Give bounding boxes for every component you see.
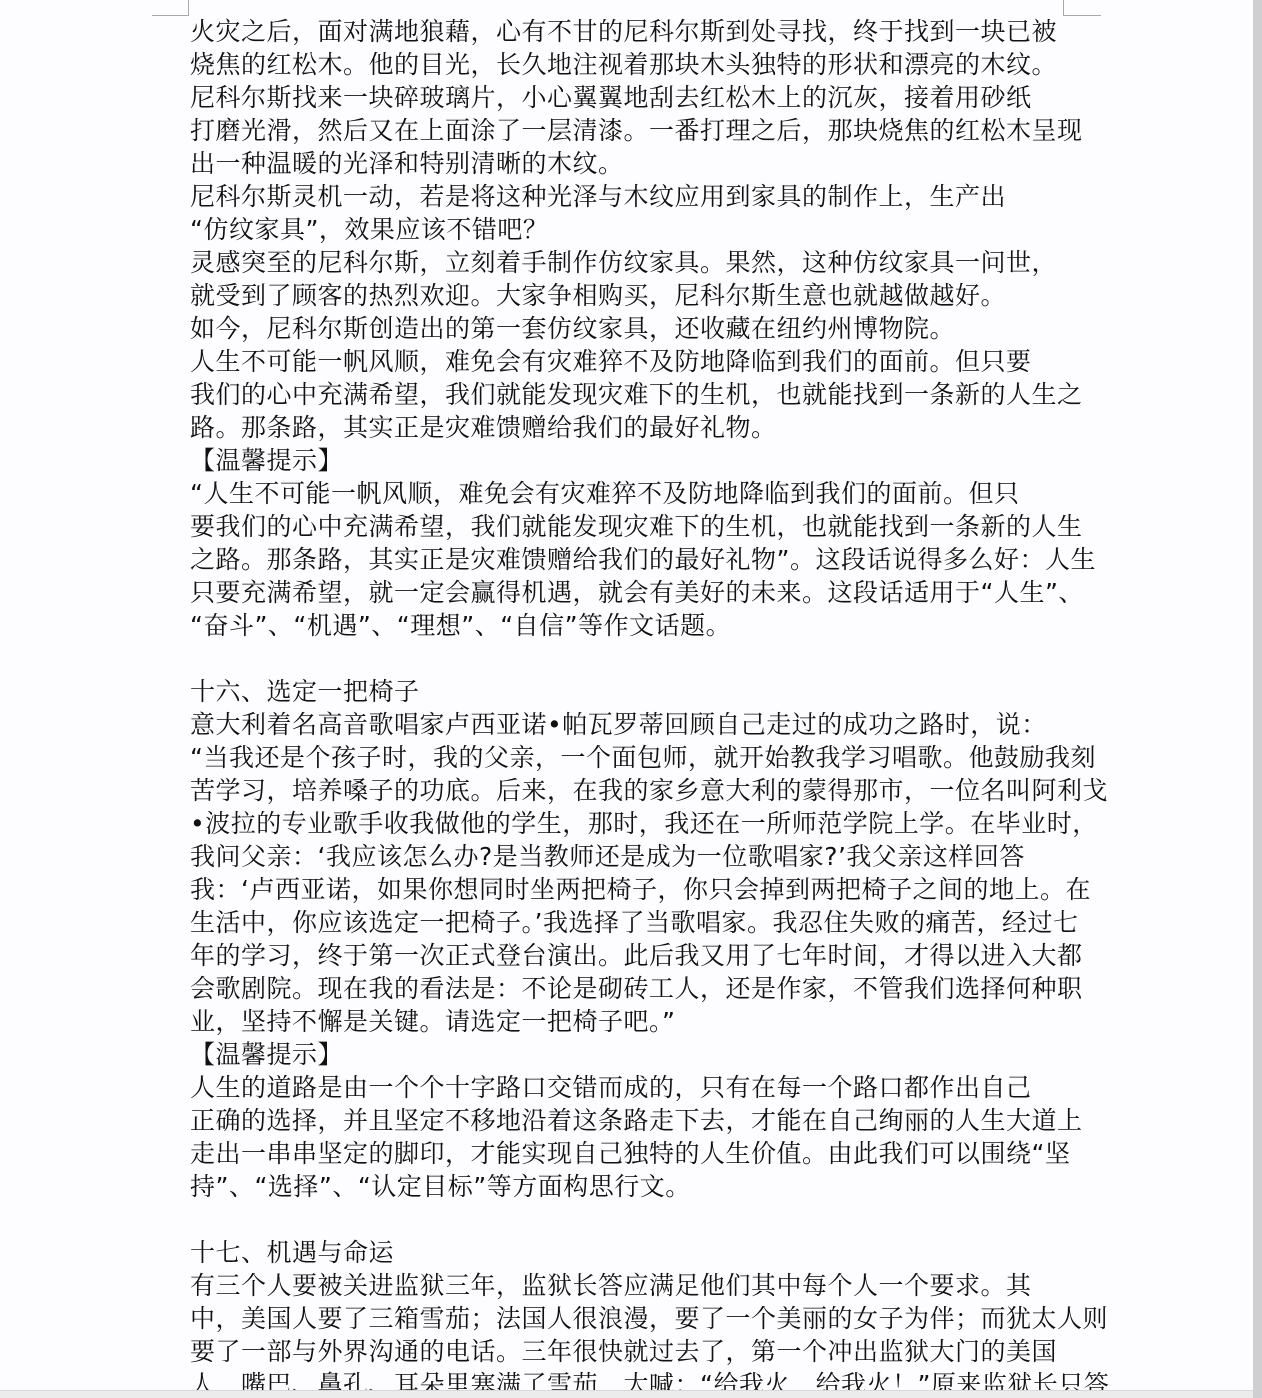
text-line: “人生不可能一帆风顺，难免会有灾难猝不及防地降临到我们的面前。但只: [190, 477, 1070, 510]
document-body: 火灾之后，面对满地狼藉，心有不甘的尼科尔斯到处寻找，终于找到一块已被烧焦的红松木…: [190, 15, 1070, 1398]
text-line: “奋斗”、“机遇”、“理想”、“自信”等作文话题。: [190, 609, 1070, 642]
text-line: 中，美国人要了三箱雪茄；法国人很浪漫，要了一个美丽的女子为伴；而犹太人则: [190, 1302, 1070, 1335]
bottom-status-strip: [0, 1390, 1253, 1398]
text-line: 只要充满希望，就一定会赢得机遇，就会有美好的未来。这段话适用于“人生”、: [190, 576, 1070, 609]
text-line: “仿纹家具”，效果应该不错吧？: [190, 213, 1070, 246]
text-line: 我：‘卢西亚诺，如果你想同时坐两把椅子，你只会掉到两把椅子之间的地上。在: [190, 873, 1070, 906]
text-line: 火灾之后，面对满地狼藉，心有不甘的尼科尔斯到处寻找，终于找到一块已被: [190, 15, 1070, 48]
text-line: 会歌剧院。现在我的看法是：不论是砌砖工人，还是作家，不管我们选择何种职: [190, 972, 1070, 1005]
text-line: 意大利着名高音歌唱家卢西亚诺•帕瓦罗蒂回顾自己走过的成功之路时，说：: [190, 708, 1070, 741]
crop-mark-top-left: [152, 0, 189, 16]
text-line: 正确的选择，并且坚定不移地沿着这条路走下去，才能在自己绚丽的人生大道上: [190, 1104, 1070, 1137]
text-line: 业，坚持不懈是关键。请选定一把椅子吧。”: [190, 1005, 1070, 1038]
tip-label: 【温馨提示】: [190, 1038, 1070, 1071]
text-line: 路。那条路，其实正是灾难馈赠给我们的最好礼物。: [190, 411, 1070, 444]
text-line: “当我还是个孩子时，我的父亲，一个面包师，就开始教我学习唱歌。他鼓励我刻: [190, 741, 1070, 774]
text-line: 年的学习，终于第一次正式登台演出。此后我又用了七年时间，才得以进入大都: [190, 939, 1070, 972]
text-line: 烧焦的红松木。他的目光，长久地注视着那块木头独特的形状和漂亮的木纹。: [190, 48, 1070, 81]
document-page: 火灾之后，面对满地狼藉，心有不甘的尼科尔斯到处寻找，终于找到一块已被烧焦的红松木…: [0, 0, 1253, 1390]
tip-label: 【温馨提示】: [190, 444, 1070, 477]
text-line: 生活中，你应该选定一把椅子。’我选择了当歌唱家。我忍住失败的痛苦，经过七: [190, 906, 1070, 939]
text-line: 走出一串串坚定的脚印，才能实现自己独特的人生价值。由此我们可以围绕“坚: [190, 1137, 1070, 1170]
text-line: 我问父亲：‘我应该怎么办?是当教师还是成为一位歌唱家?’我父亲这样回答: [190, 840, 1070, 873]
text-line: 有三个人要被关进监狱三年，监狱长答应满足他们其中每个人一个要求。其: [190, 1269, 1070, 1302]
text-line: 尼科尔斯灵机一动，若是将这种光泽与木纹应用到家具的制作上，生产出: [190, 180, 1070, 213]
text-line: 要我们的心中充满希望，我们就能发现灾难下的生机，也就能找到一条新的人生: [190, 510, 1070, 543]
text-line: 人生的道路是由一个个十字路口交错而成的，只有在每一个路口都作出自己: [190, 1071, 1070, 1104]
section-heading: 十七、机遇与命运: [190, 1236, 1070, 1269]
text-line: 打磨光滑，然后又在上面涂了一层清漆。一番打理之后，那块烧焦的红松木呈现: [190, 114, 1070, 147]
crop-mark-top-right: [1063, 0, 1101, 16]
text-line: 灵感突至的尼科尔斯，立刻着手制作仿纹家具。果然，这种仿纹家具一问世，: [190, 246, 1070, 279]
text-line: 之路。那条路，其实正是灾难馈赠给我们的最好礼物”。这段话说得多么好：人生: [190, 543, 1070, 576]
text-line: •波拉的专业歌手收我做他的学生，那时，我还在一所师范学院上学。在毕业时，: [190, 807, 1070, 840]
blank-line: [190, 1203, 1070, 1236]
text-line: 如今，尼科尔斯创造出的第一套仿纹家具，还收藏在纽约州博物院。: [190, 312, 1070, 345]
text-line: 就受到了顾客的热烈欢迎。大家争相购买，尼科尔斯生意也就越做越好。: [190, 279, 1070, 312]
text-line: 要了一部与外界沟通的电话。三年很快就过去了，第一个冲出监狱大门的美国: [190, 1335, 1070, 1368]
section-heading: 十六、选定一把椅子: [190, 675, 1070, 708]
text-line: 持”、“选择”、“认定目标”等方面构思行文。: [190, 1170, 1070, 1203]
vertical-scrollbar[interactable]: [1253, 0, 1262, 1398]
text-line: 出一种温暖的光泽和特别清晰的木纹。: [190, 147, 1070, 180]
text-line: 人生不可能一帆风顺，难免会有灾难猝不及防地降临到我们的面前。但只要: [190, 345, 1070, 378]
text-line: 苦学习，培养嗓子的功底。后来，在我的家乡意大利的蒙得那市，一位名叫阿利戈: [190, 774, 1070, 807]
blank-line: [190, 642, 1070, 675]
text-line: 我们的心中充满希望，我们就能发现灾难下的生机，也就能找到一条新的人生之: [190, 378, 1070, 411]
text-line: 尼科尔斯找来一块碎玻璃片，小心翼翼地刮去红松木上的沉灰，接着用砂纸: [190, 81, 1070, 114]
